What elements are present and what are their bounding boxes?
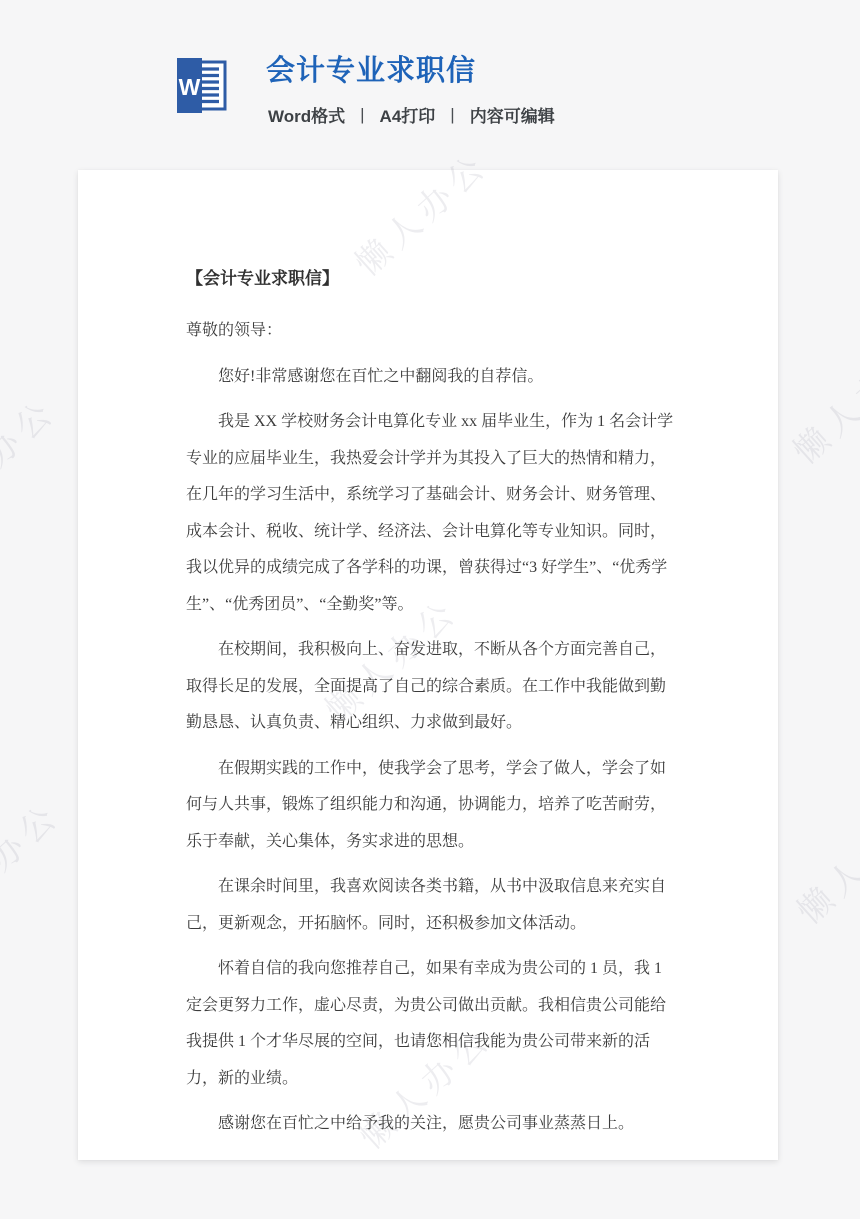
meta-print: A4打印	[380, 102, 436, 127]
watermark: 懒人办公	[781, 327, 860, 473]
page-title: 会计专业求职信	[266, 54, 476, 88]
doc-paragraph: 感谢您在百忙之中给予我的关注，愿贵公司事业蒸蒸日上。	[186, 1106, 680, 1143]
meta-format: Word格式	[268, 102, 345, 127]
doc-paragraph: 怀着自信的我向您推荐自己，如果有幸成为贵公司的 1 员，我 1 定会更努力工作，…	[186, 951, 680, 1097]
doc-paragraph: 在课余时间里，我喜欢阅读各类书籍，从书中汲取信息来充实自己，更新观念，开拓脑怀。…	[186, 869, 680, 942]
word-file-icon: W	[172, 56, 232, 116]
document-page: 【会计专业求职信】 尊敬的领导： 您好!非常感谢您在百忙之中翻阅我的自荐信。 我…	[78, 170, 778, 1160]
watermark: 懒人办公	[0, 385, 65, 531]
doc-paragraph: 在校期间，我积极向上、奋发进取，不断从各个方面完善自己，取得长足的发展，全面提高…	[186, 632, 680, 742]
meta-separator: |	[450, 105, 454, 125]
watermark: 懒人办公	[785, 787, 860, 933]
doc-salutation: 尊敬的领导：	[186, 313, 680, 350]
word-icon-letter: W	[179, 74, 201, 100]
meta-editable: 内容可编辑	[470, 102, 555, 127]
doc-heading: 【会计专业求职信】	[186, 270, 680, 288]
watermark: 懒人办公	[0, 789, 69, 935]
meta-separator: |	[360, 105, 364, 125]
doc-paragraph: 您好!非常感谢您在百忙之中翻阅我的自荐信。	[186, 359, 680, 396]
document-content: 【会计专业求职信】 尊敬的领导： 您好!非常感谢您在百忙之中翻阅我的自荐信。 我…	[78, 170, 778, 1143]
doc-paragraph: 在假期实践的工作中，使我学会了思考，学会了做人，学会了如何与人共事，锻炼了组织能…	[186, 751, 680, 861]
header: W 会计专业求职信 Word格式 | A4打印 | 内容可编辑	[0, 0, 860, 170]
file-meta: Word格式 | A4打印 | 内容可编辑	[268, 102, 555, 127]
doc-paragraph: 我是 XX 学校财务会计电算化专业 xx 届毕业生，作为 1 名会计学专业的应届…	[186, 404, 680, 623]
